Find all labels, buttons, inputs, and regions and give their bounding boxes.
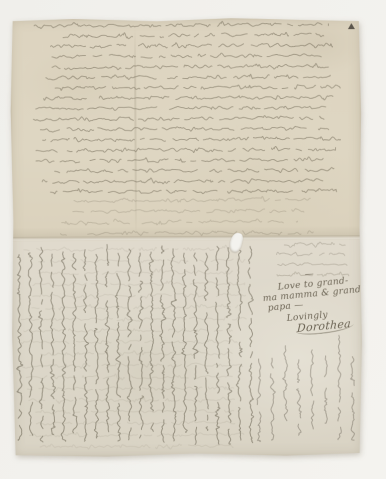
- vertical-crease: [134, 28, 137, 236]
- letter-closing: — Love to grand- ma mamma & grand- papa …: [259, 265, 371, 340]
- letter-page-wrap: — Love to grand- ma mamma & grand- papa …: [10, 17, 363, 458]
- scanned-letter-canvas: — Love to grand- ma mamma & grand- papa …: [0, 0, 386, 479]
- top-faint-bleed-lines: [60, 196, 316, 236]
- fold-crease: [11, 235, 362, 241]
- top-script-lines: [33, 21, 341, 195]
- corner-notch-mark: [348, 23, 355, 29]
- bottom-bleed-lines: [21, 245, 247, 450]
- letter-page: — Love to grand- ma mamma & grand- papa …: [10, 17, 363, 458]
- right-date-columns: [257, 335, 355, 441]
- cross-writing-columns: [16, 244, 254, 446]
- signature: Dorothea: [296, 319, 355, 336]
